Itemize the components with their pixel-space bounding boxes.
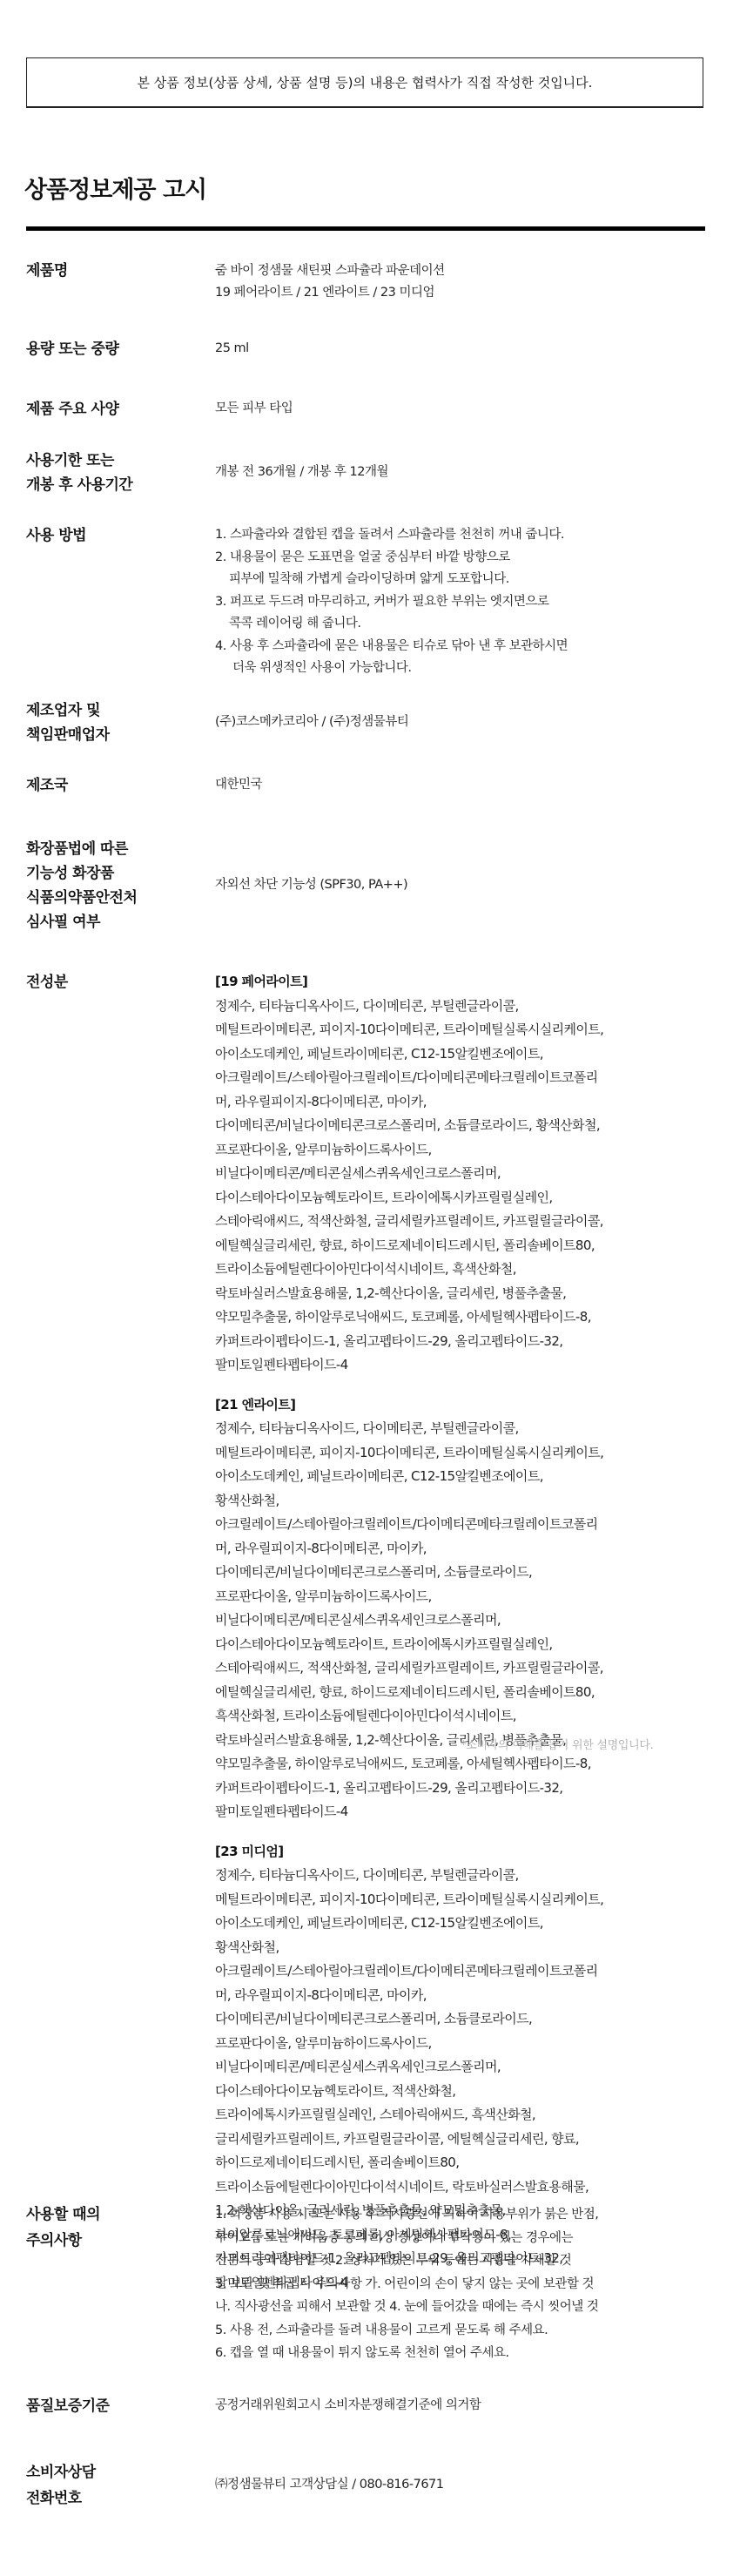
row-value: 25 ml [215, 338, 720, 360]
row-label: 제품명 [26, 259, 200, 283]
row-label: 화장품법에 따른 기능성 화장품 식품의약품안전처 심사필 여부 [26, 837, 200, 934]
ingredients-block-21: [21 엔라이트] 정제수, 티타늄디옥사이드, 다이메티콘, 부틸렌글라이콜,… [215, 1393, 737, 1824]
page-title: 상품정보제공 고시 [24, 171, 206, 205]
row-label: 사용기한 또는 개봉 후 사용기간 [26, 448, 200, 497]
partner-notice-box: 본 상품 정보(상품 상세, 상품 설명 등)의 내용은 협력사가 직접 작성한… [26, 57, 703, 108]
row-value: 자외선 차단 기능성 (SPF30, PA++) [215, 874, 720, 896]
partner-notice-text: 본 상품 정보(상품 상세, 상품 설명 등)의 내용은 협력사가 직접 작성한… [138, 73, 593, 91]
row-label: 제조국 [26, 773, 200, 798]
row-value: 줌 바이 정샘물 새틴핏 스파츌라 파운데이션 19 페어라이트 / 21 엔라… [215, 260, 720, 304]
row-label: 전성분 [26, 970, 200, 995]
title-divider [26, 226, 705, 231]
row-label: 사용할 때의 주의사항 [26, 2202, 200, 2254]
row-label: 제품 주요 사양 [26, 397, 200, 421]
row-value: ㈜정샘물뷰티 고객상담실 / 080-816-7671 [215, 2474, 720, 2496]
row-label: 소비자상담 전화번호 [26, 2459, 200, 2512]
row-value: 공정거래위원회고시 소비자분쟁해결기준에 의거함 [215, 2395, 720, 2417]
row-value: 모든 피부 타입 [215, 398, 720, 420]
row-value: 개봉 전 36개월 / 개봉 후 12개월 [215, 462, 720, 483]
row-value: 1. 스파츌라와 결합된 캡을 돌려서 스파츌라를 천천히 꺼내 줍니다. 2.… [215, 524, 720, 680]
consumer-explanation-note: *소비자의 이해를 돕기 위한 설명입니다. [461, 1736, 654, 1752]
row-label: 사용 방법 [26, 523, 200, 548]
row-value: (주)코스메카코리아 / (주)정샘물뷰티 [215, 711, 720, 733]
row-label: 용량 또는 중량 [26, 337, 200, 361]
row-label: 제조업자 및 책임판매업자 [26, 698, 200, 747]
ingredients-block-19: [19 페어라이트] 정제수, 티타늄디옥사이드, 다이메티콘, 부틸렌글라이콜… [215, 970, 737, 1378]
row-value: 1. 화장품 사용 시 또는 사용 후 직사광선에 의하여 사용부위가 붉은 반… [215, 2203, 720, 2365]
row-value: 대한민국 [215, 774, 720, 796]
ingredients-list: [19 페어라이트] 정제수, 티타늄디옥사이드, 다이메티콘, 부틸렌글라이콜… [215, 970, 737, 2310]
row-label: 품질보증기준 [26, 2394, 200, 2418]
